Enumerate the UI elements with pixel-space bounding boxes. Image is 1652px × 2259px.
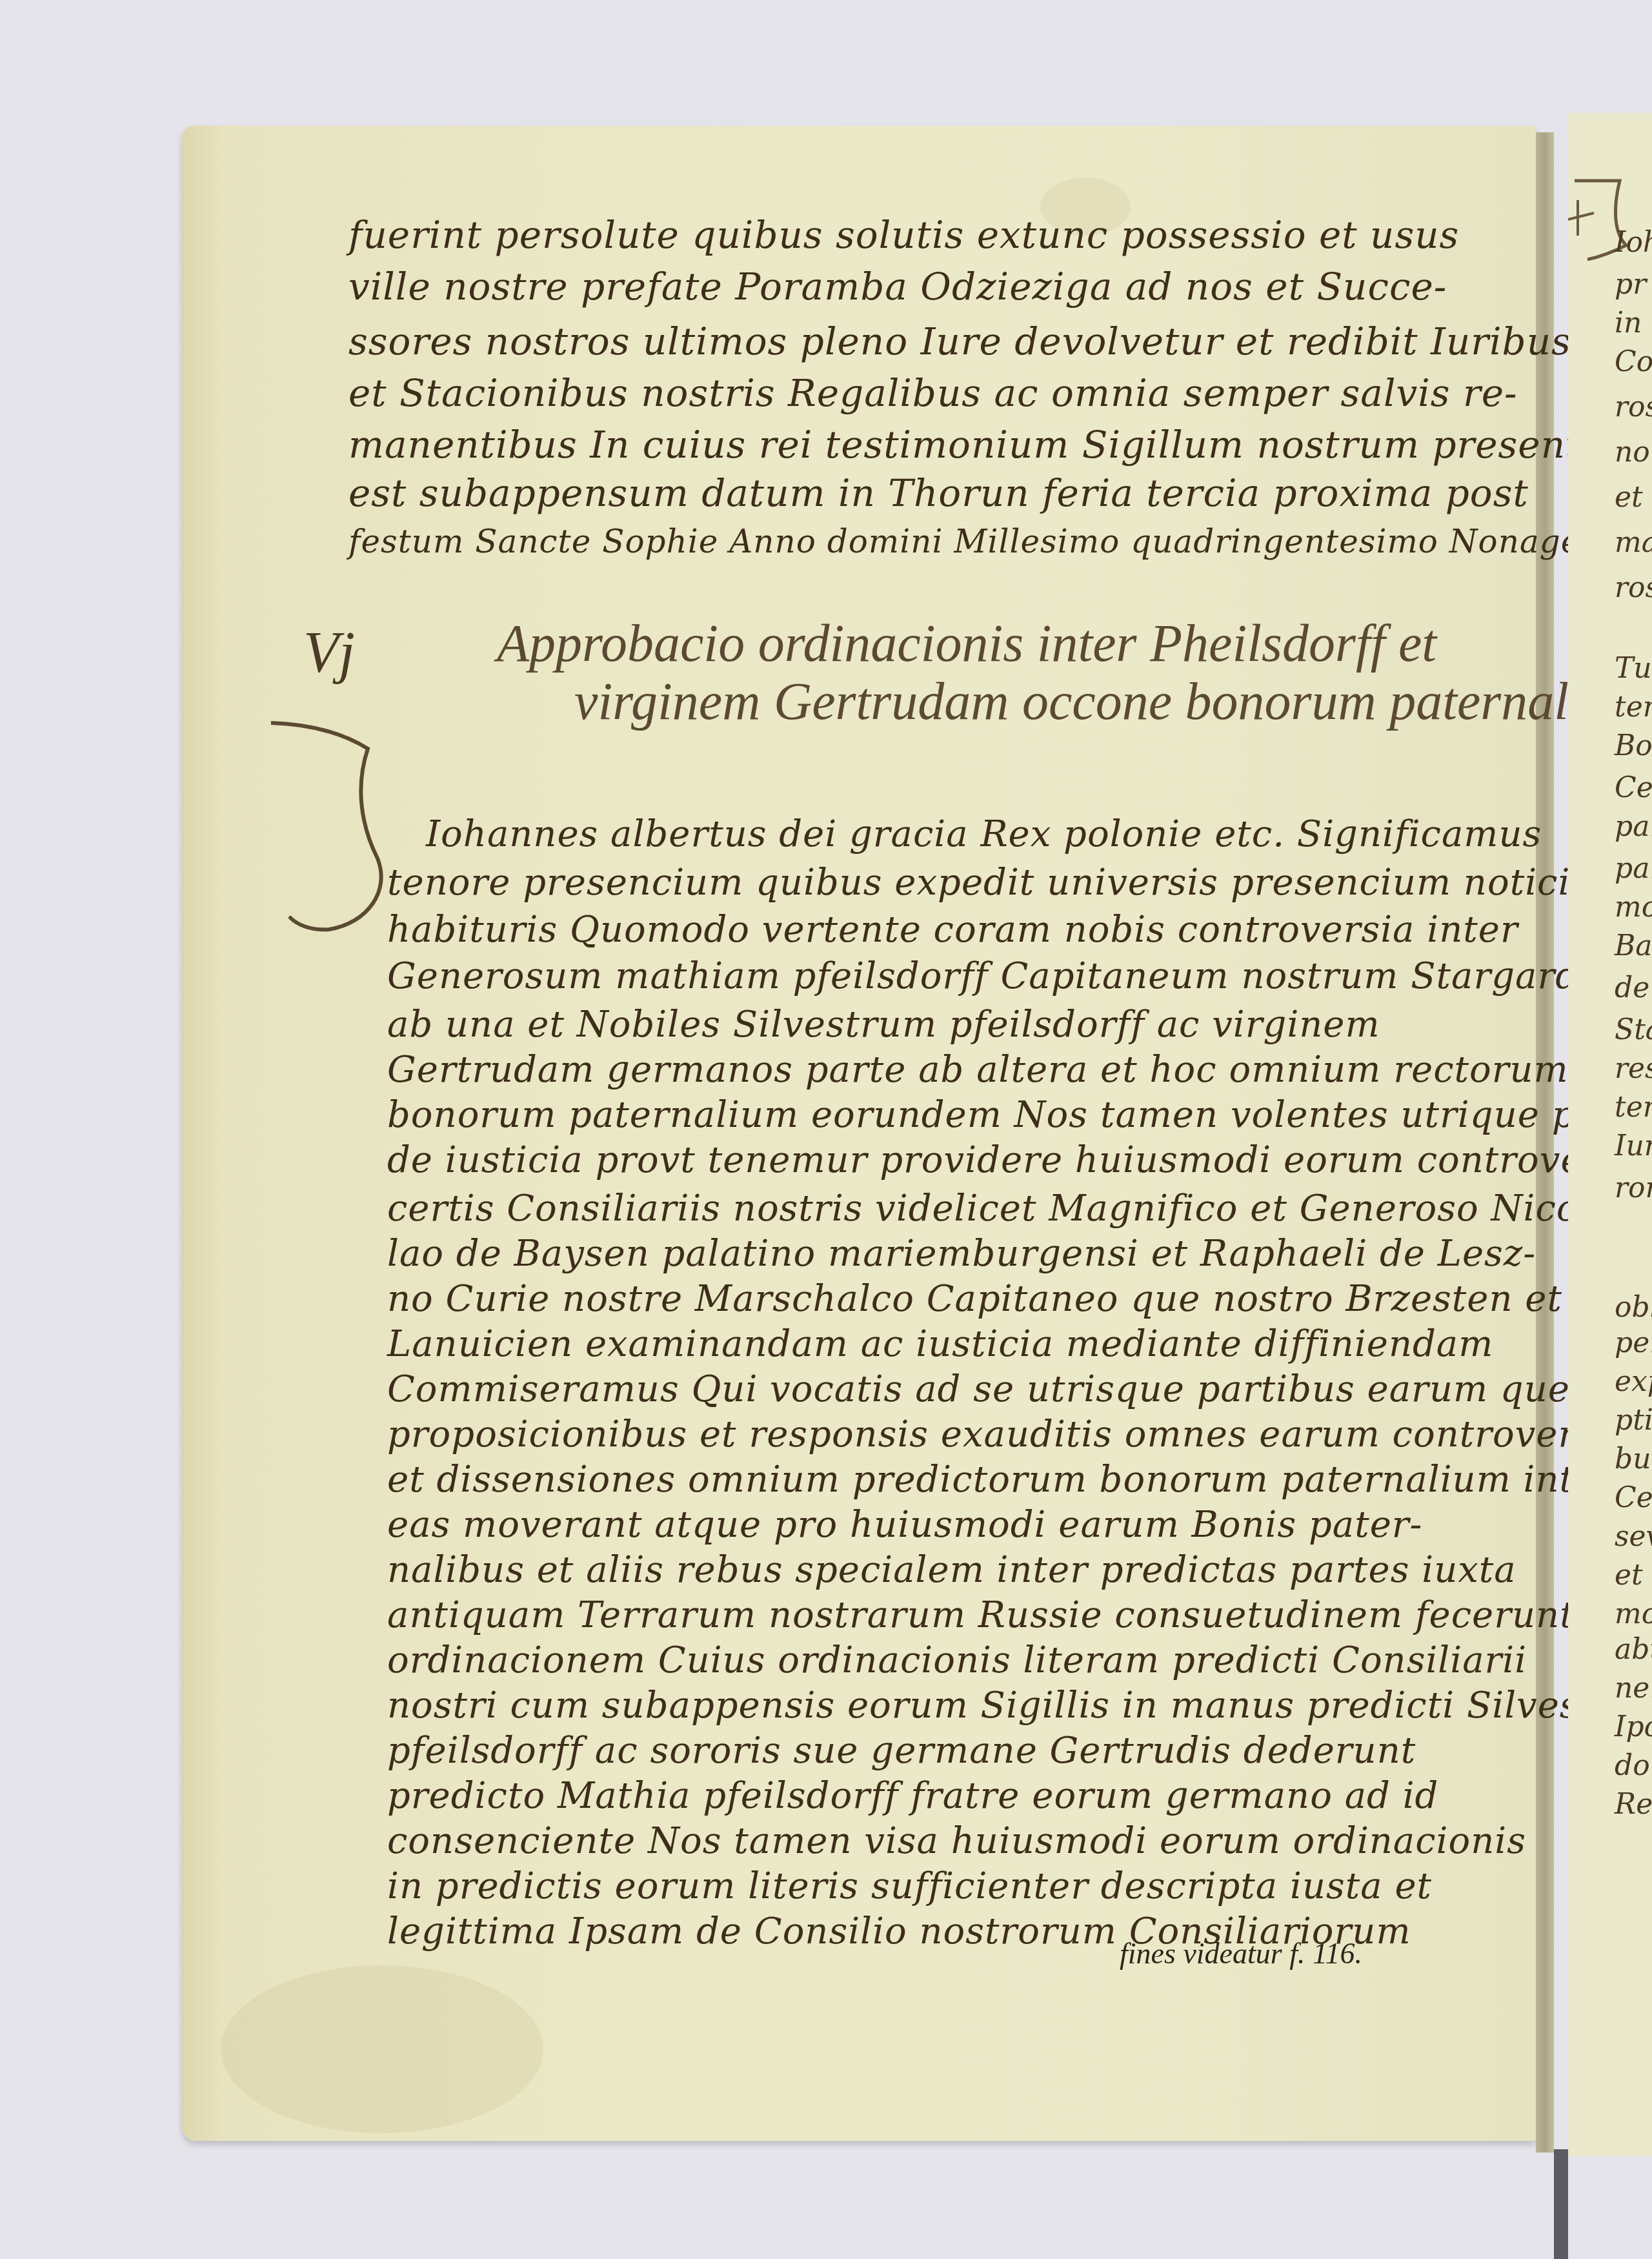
facing-line-fragment: ma xyxy=(1615,526,1652,559)
facing-line-fragment: Cer xyxy=(1615,771,1652,804)
facing-line-fragment: no xyxy=(1615,436,1650,469)
text-line: predicto Mathia pfeilsdorff fratre eorum… xyxy=(387,1775,1438,1817)
gutter-shadow xyxy=(1554,2149,1568,2259)
text-line: nalibus et aliis rebus specialem inter p… xyxy=(387,1549,1516,1591)
facing-line-fragment: et su xyxy=(1615,1559,1652,1592)
text-line: manentibus In cuius rei testimonium Sigi… xyxy=(348,423,1652,467)
facing-line-fragment: mor xyxy=(1615,891,1652,924)
text-line: nostri cum subappensis eorum Sigillis in… xyxy=(387,1685,1624,1727)
facing-line-fragment: dom xyxy=(1615,1749,1652,1782)
facing-line-fragment: Ipo xyxy=(1615,1710,1652,1743)
section-heading-line-1: Approbacio ordinacionis inter Pheilsdorf… xyxy=(497,613,1436,674)
text-line: et Stacionibus nostris Regalibus ac omni… xyxy=(348,371,1518,415)
facing-line-fragment: sev d xyxy=(1615,1520,1652,1553)
text-line: Lanuicien examinandam ac iusticia median… xyxy=(387,1323,1493,1365)
text-line: ordinacionem Cuius ordinacionis literam … xyxy=(387,1639,1527,1681)
facing-line-fragment: Co xyxy=(1615,345,1652,378)
facing-line-fragment: nem xyxy=(1615,1672,1652,1705)
facing-line-fragment: Regn xyxy=(1615,1788,1652,1821)
facing-line-fragment: de C xyxy=(1615,971,1652,1004)
facing-line-fragment: tenor xyxy=(1615,1091,1652,1124)
text-line: in predictis eorum literis sufficienter … xyxy=(387,1865,1432,1907)
facing-line-fragment: abtine xyxy=(1615,1633,1652,1666)
text-line: lao de Baysen palatino mariemburgensi et… xyxy=(387,1233,1536,1275)
text-line: festum Sancte Sophie Anno domini Millesi… xyxy=(348,523,1652,560)
section-heading-line-2: virginem Gertrudam occone bonorum patern… xyxy=(574,671,1586,732)
text-line: est subappensum datum in Thorun feria te… xyxy=(348,471,1529,515)
margin-note: Vj xyxy=(303,620,355,686)
facing-line-fragment: Tuo xyxy=(1615,652,1652,685)
facing-line-fragment: mogh xyxy=(1615,1597,1652,1630)
facing-line-fragment: Ioh xyxy=(1615,226,1652,259)
text-line: proposicionibus et responsis exauditis o… xyxy=(387,1413,1649,1455)
text-line: Gertrudam germanos parte ab altera et ho… xyxy=(387,1049,1569,1091)
text-line: pfeilsdorff ac sororis sue germane Gertr… xyxy=(387,1730,1416,1772)
facing-line-fragment: oblig xyxy=(1615,1291,1652,1324)
facing-line-fragment: Bar xyxy=(1615,929,1652,962)
facing-line-fragment: ptint xyxy=(1615,1404,1652,1437)
folio-reference-note: fines videatur f. 116. xyxy=(1120,1936,1362,1970)
decorative-initial-icon xyxy=(271,716,400,936)
facing-line-fragment: pam xyxy=(1615,852,1652,885)
text-line: habituris Quomodo vertente coram nobis c… xyxy=(387,909,1518,951)
text-line: certis Consiliariis nostris videlicet Ma… xyxy=(387,1188,1592,1230)
facing-line-fragment: tem xyxy=(1615,691,1652,724)
text-line: no Curie nostre Marschalco Capitaneo que… xyxy=(387,1278,1562,1320)
facing-line-fragment: perm xyxy=(1615,1326,1652,1359)
facing-line-fragment: ronde xyxy=(1615,1171,1652,1204)
text-line: eas moverant atque pro huiusmodi earum B… xyxy=(387,1504,1423,1546)
text-line: antiquam Terrarum nostrarum Russie consu… xyxy=(387,1594,1575,1636)
facing-line-fragment: Bon xyxy=(1615,729,1652,762)
facing-line-fragment: Cessio xyxy=(1615,1481,1652,1514)
text-line: ab una et Nobiles Silvestrum pfeilsdorff… xyxy=(387,1004,1380,1046)
facing-line-fragment: ros xyxy=(1615,390,1652,423)
facing-line-fragment: et xyxy=(1615,481,1643,514)
text-line: bonorum paternalium eorundem Nos tamen v… xyxy=(387,1094,1643,1136)
text-line: ville nostre prefate Poramba Odzieziga a… xyxy=(348,265,1447,309)
text-line: ssores nostros ultimos pleno Iure devolv… xyxy=(348,319,1571,363)
facing-line-fragment: Iurib xyxy=(1615,1129,1652,1162)
text-line: Commiseramus Qui vocatis ad se utrisque … xyxy=(387,1368,1570,1410)
text-line: fuerint persolute quibus solutis extunc … xyxy=(348,213,1459,257)
facing-line-fragment: expol xyxy=(1615,1365,1652,1398)
text-line: Iohannes albertus dei gracia Rex polonie… xyxy=(426,813,1542,855)
facing-line-fragment: resy xyxy=(1615,1052,1652,1085)
facing-line-fragment: ros xyxy=(1615,571,1652,604)
text-line: et dissensiones omnium predictorum bonor… xyxy=(387,1459,1615,1501)
facing-line-fragment: in xyxy=(1615,307,1642,339)
facing-line-fragment: pr xyxy=(1615,268,1646,301)
text-line: tenore presencium quibus expedit univers… xyxy=(387,862,1627,904)
facing-line-fragment: bunt xyxy=(1615,1443,1652,1475)
text-line: consenciente Nos tamen visa huiusmodi eo… xyxy=(387,1820,1526,1862)
facing-line-fragment: pam xyxy=(1615,810,1652,843)
text-line: de iusticia provt tenemur providere huiu… xyxy=(387,1139,1652,1181)
facing-line-fragment: Star xyxy=(1615,1013,1652,1046)
text-line: Generosum mathiam pfeilsdorff Capitaneum… xyxy=(387,955,1652,997)
water-stain xyxy=(221,1965,543,2133)
facing-page: Ioh pr in Co ros no et ma ros Tuo tem Bo… xyxy=(1568,113,1652,2156)
